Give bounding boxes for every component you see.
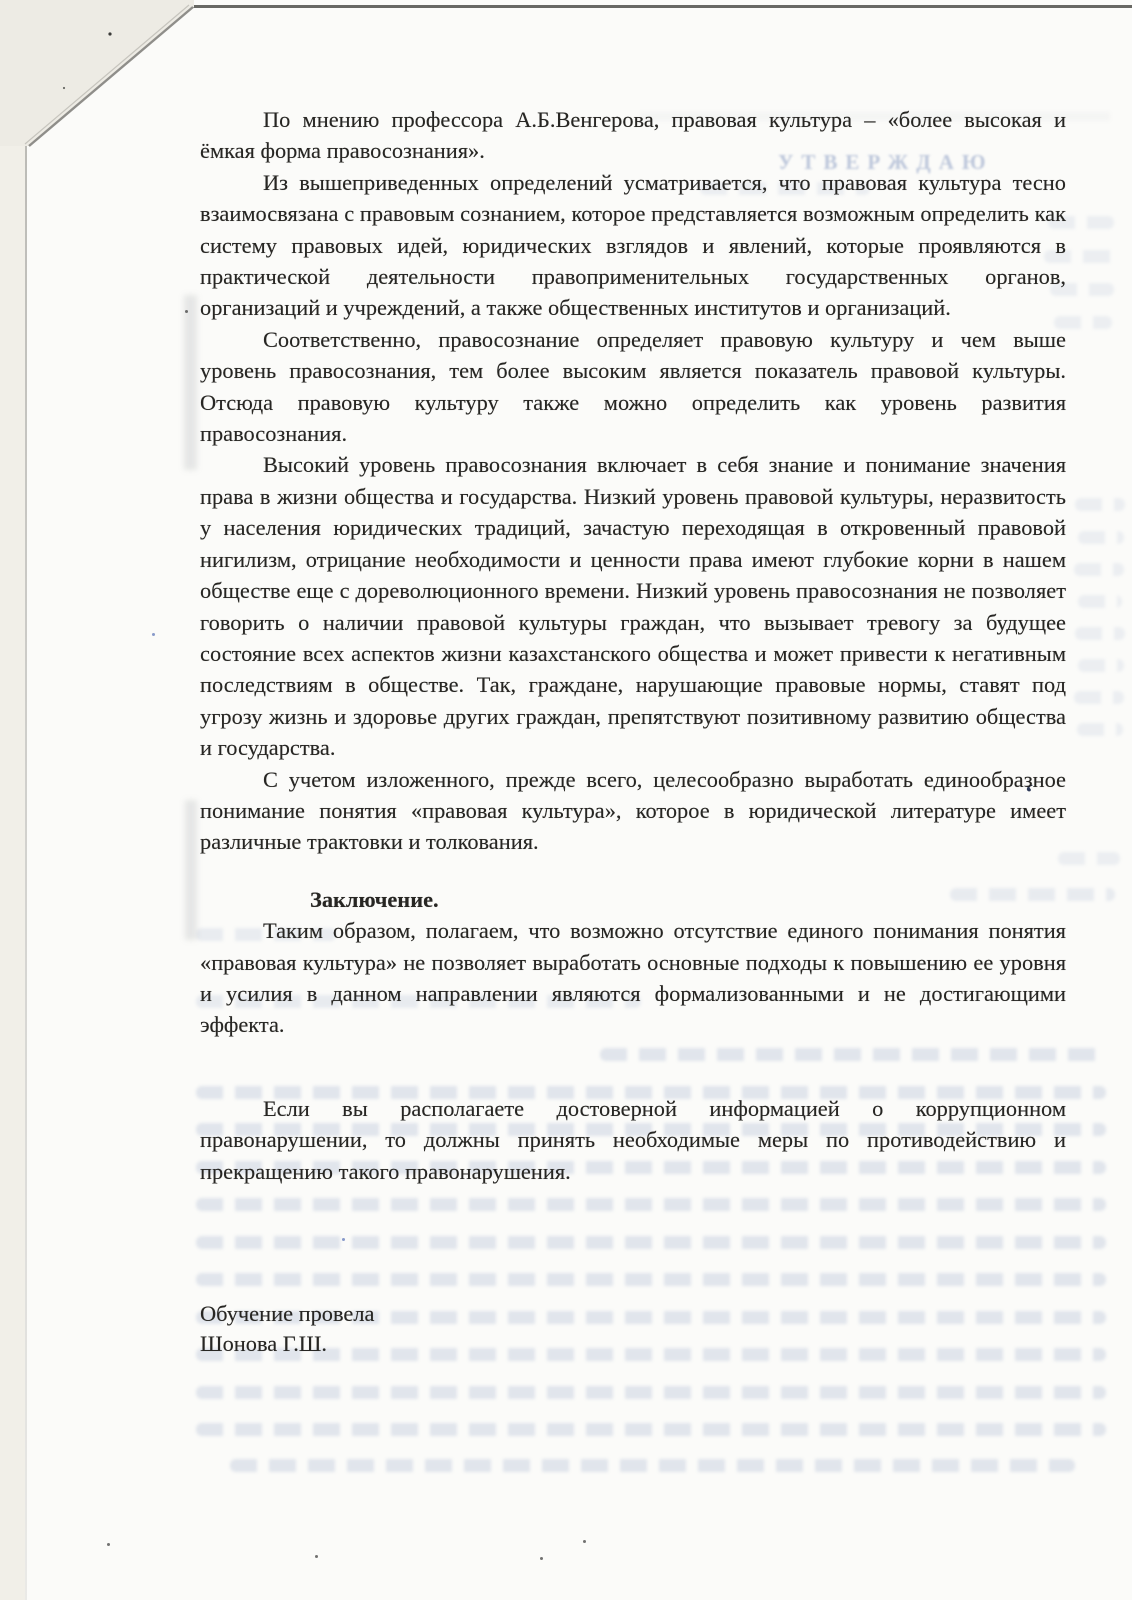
paragraph-correlation: Соответственно, правосознание определяет… <box>200 324 1066 450</box>
ghost-text-line <box>1074 563 1124 576</box>
paragraph-corruption-notice: Если вы располагаете достоверной информа… <box>200 1093 1066 1187</box>
ghost-text-line <box>1078 595 1122 608</box>
conclusion-heading: Заключение. <box>200 884 1066 915</box>
dust-speck <box>107 1543 110 1546</box>
signature-block: Обучение провела Шонова Г.Ш. <box>200 1299 1066 1359</box>
ghost-text-line <box>1075 627 1125 640</box>
scan-smudge <box>184 295 197 470</box>
ghost-text-line <box>196 1423 1106 1436</box>
paragraph-low-legal-culture: Высокий уровень правосознания включает в… <box>200 449 1066 763</box>
dust-speck <box>152 633 155 636</box>
dust-speck <box>185 310 188 313</box>
ghost-text-line <box>1074 691 1124 704</box>
ghost-text-line <box>196 1386 1106 1399</box>
paragraph-uniform-understanding: С учетом изложенного, прежде всего, целе… <box>200 764 1066 858</box>
dust-speck <box>583 1540 586 1543</box>
signature-name-line: Шонова Г.Ш. <box>200 1329 1066 1359</box>
signature-role-line: Обучение провела <box>200 1299 1066 1329</box>
ghost-text-line <box>1075 498 1125 511</box>
ghost-text-line <box>230 1459 1075 1472</box>
dust-speck <box>315 1555 318 1558</box>
scanned-document-page: УТВЕРЖДАЮ ʻ По мнению профессора А.Б.Вен… <box>0 0 1132 1600</box>
ghost-text-line <box>1078 531 1124 544</box>
paragraph-conclusion: Таким образом, полагаем, что возможно от… <box>200 915 1066 1041</box>
ghost-text-line <box>1078 659 1124 672</box>
scanner-margin-strip <box>0 0 25 1600</box>
ghost-text-line <box>1058 852 1120 865</box>
folded-corner-icon <box>0 0 210 160</box>
paragraph-vengerov-quote: По мнению профессора А.Б.Венгерова, прав… <box>200 104 1066 167</box>
document-body: По мнению профессора А.Б.Венгерова, прав… <box>200 104 1066 1359</box>
paragraph-definitions: Из вышеприведенных определений усматрива… <box>200 167 1066 324</box>
dust-speck <box>540 1557 543 1560</box>
scan-smudge <box>185 800 197 940</box>
scan-top-edge-line <box>186 5 1132 8</box>
paper-left-edge <box>25 140 27 1600</box>
ghost-text-line <box>1077 723 1123 736</box>
